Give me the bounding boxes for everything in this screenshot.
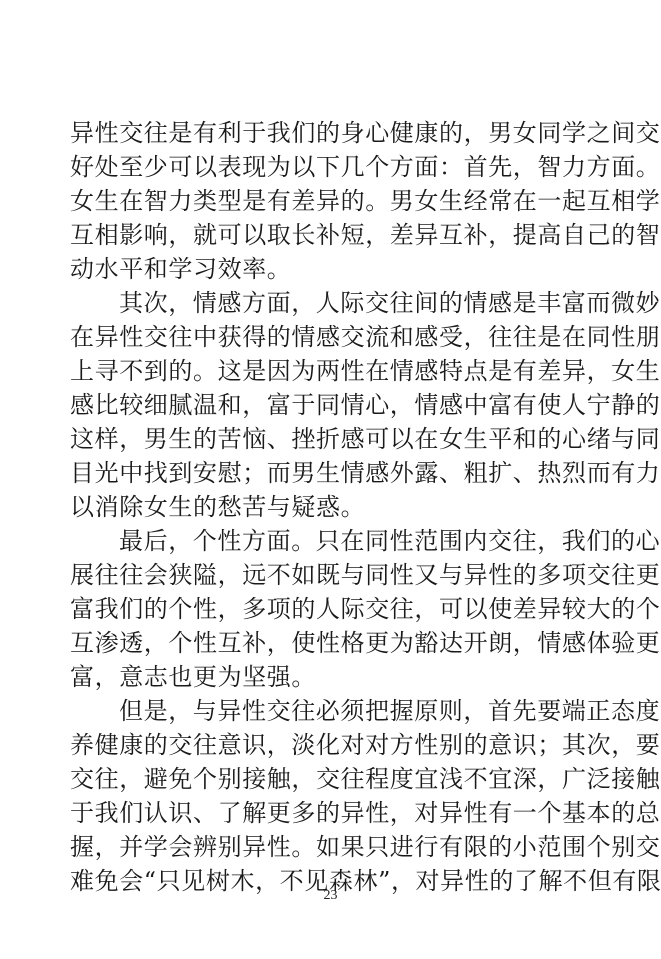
text-line: 在异性交往中获得的情感交流和感受，往往是在同性朋友身: [70, 320, 610, 354]
text-line: 交往，避免个别接触，交往程度宜浅不宜深，广泛接触，利: [70, 762, 610, 796]
paragraph-2: 其次，情感方面，人际交往间的情感是丰富而微妙的， 在异性交往中获得的情感交流和感…: [70, 286, 610, 524]
document-page: 异性交往是有利于我们的身心健康的，男女同学之间交往的 好处至少可以表现为以下几个…: [0, 0, 661, 959]
text-line: 以消除女生的愁苦与疑惑。: [70, 490, 610, 524]
text-line: 女生在智力类型是有差异的。男女生经常在一起互相学习、: [70, 184, 610, 218]
text-line: 展往往会狭隘，远不如既与同性又与异性的多项交往更能丰: [70, 558, 610, 592]
paragraph-1: 异性交往是有利于我们的身心健康的，男女同学之间交往的 好处至少可以表现为以下几个…: [70, 116, 610, 286]
text-line-indented: 其次，情感方面，人际交往间的情感是丰富而微妙的，: [70, 286, 610, 320]
text-line: 动水平和学习效率。: [70, 252, 610, 286]
text-line: 互相影响，就可以取长补短，差异互补，提高自己的智力活: [70, 218, 610, 252]
text-line-indented: 最后，个性方面。只在同性范围内交往，我们的心理发: [70, 524, 610, 558]
paragraph-3: 最后，个性方面。只在同性范围内交往，我们的心理发 展往往会狭隘，远不如既与同性又…: [70, 524, 610, 694]
text-line: 于我们认识、了解更多的异性，对异性有一个基本的总体把: [70, 796, 610, 830]
body-text: 异性交往是有利于我们的身心健康的，男女同学之间交往的 好处至少可以表现为以下几个…: [70, 116, 610, 898]
text-line: 富我们的个性，多项的人际交往，可以使差异较大的个性相: [70, 592, 610, 626]
text-line-indented: 但是，与异性交往必须把握原则，首先要端正态度，培: [70, 694, 610, 728]
paragraph-4: 但是，与异性交往必须把握原则，首先要端正态度，培 养健康的交往意识，淡化对对方性…: [70, 694, 610, 898]
text-line: 握，并学会辨别异性。如果只进行有限的小范围个别交往，: [70, 830, 610, 864]
text-line: 目光中找到安慰；而男生情感外露、粗扩、热烈而有力，可: [70, 456, 610, 490]
text-line: 互渗透，个性互补，使性格更为豁达开朗，情感体验更为丰: [70, 626, 610, 660]
text-line: 上寻不到的。这是因为两性在情感特点是有差异，女生的情: [70, 354, 610, 388]
page-number: 23: [0, 888, 661, 904]
text-line: 养健康的交往意识，淡化对对方性别的意识；其次，要广泛: [70, 728, 610, 762]
text-line: 富，意志也更为坚强。: [70, 660, 610, 694]
text-line: 这样，男生的苦恼、挫折感可以在女生平和的心绪与同情的: [70, 422, 610, 456]
text-line: 异性交往是有利于我们的身心健康的，男女同学之间交往的: [70, 116, 610, 150]
text-line: 好处至少可以表现为以下几个方面：首先，智力方面。男、: [70, 150, 610, 184]
text-line: 感比较细腻温和，富于同情心，情感中富有使人宁静的力量。: [70, 388, 610, 422]
